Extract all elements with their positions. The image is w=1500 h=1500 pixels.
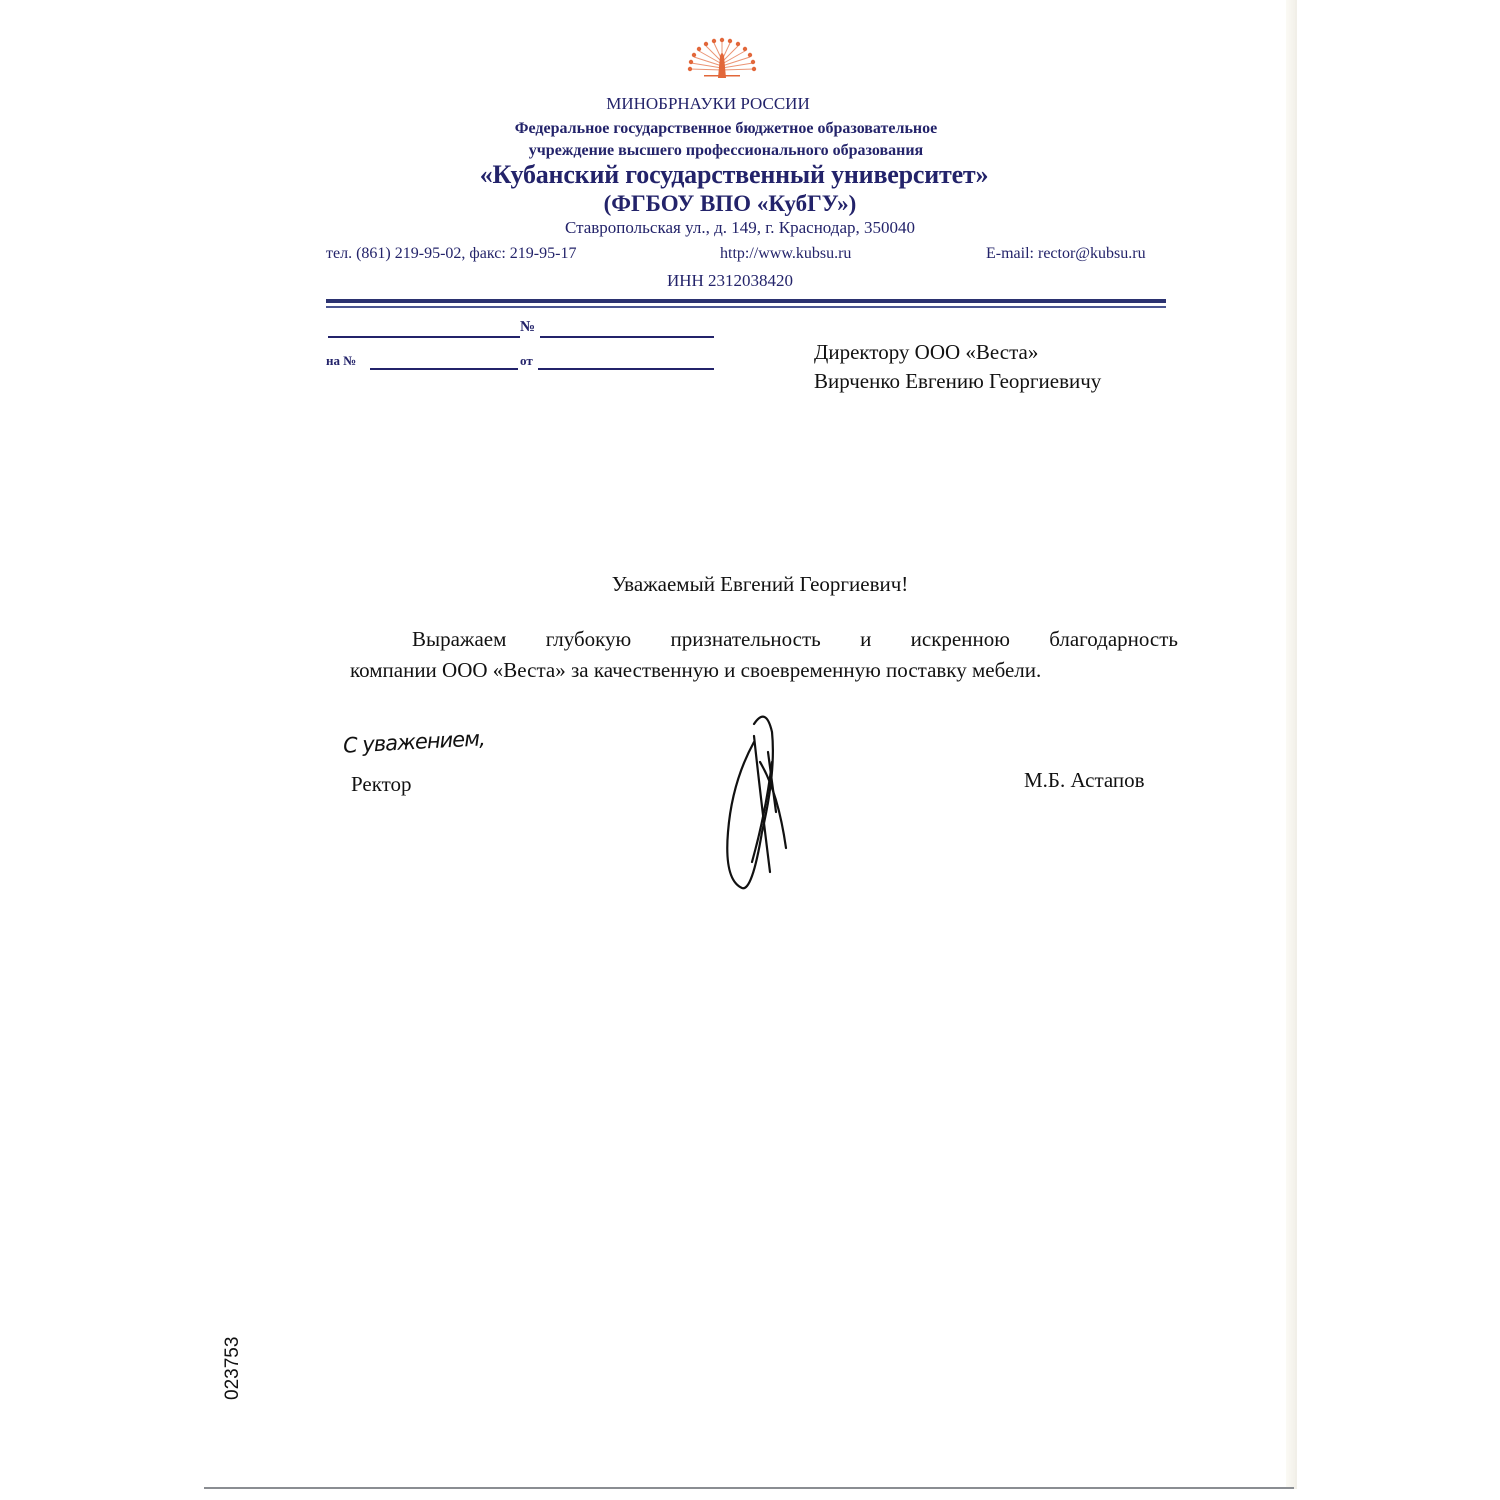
from-label: от (520, 353, 533, 369)
letter-body-line-2: компании ООО «Веста» за качественную и с… (350, 655, 1178, 686)
website-link[interactable]: http://www.kubsu.ru (720, 245, 851, 263)
header-divider-thin (326, 306, 1166, 308)
university-logo-icon (680, 34, 764, 78)
number-field-line (540, 336, 714, 338)
from-date-field-line (538, 368, 714, 370)
postal-address: Ставропольская ул., д. 149, г. Краснодар… (460, 218, 1020, 238)
letter-body-line-1: Выражаем глубокую признательность и искр… (350, 624, 1178, 655)
header-divider-thick (326, 299, 1166, 303)
addressee-title: Директору ООО «Веста» (814, 340, 1038, 365)
organization-type-line-1: Федеральное государственное бюджетное об… (426, 120, 1026, 138)
ref-number-field-line (370, 368, 518, 370)
university-abbreviation: (ФГБОУ ВПО «КубГУ») (520, 191, 940, 217)
signatory-name: М.Б. Астапов (1024, 768, 1145, 793)
number-label: № (520, 319, 535, 336)
salutation: Уважаемый Евгений Георгиевич! (340, 572, 1180, 597)
email-link[interactable]: E-mail: rector@kubsu.ru (986, 245, 1146, 263)
ref-number-label: на № (326, 353, 356, 369)
phone-fax: тел. (861) 219-95-02, факс: 219-95-17 (326, 245, 576, 263)
addressee-name: Вирченко Евгению Георгиевичу (814, 369, 1101, 394)
date-field-line (328, 336, 520, 338)
ministry-name: МИНОБРНАУКИ РОССИИ (458, 94, 958, 114)
signatory-position: Ректор (351, 772, 412, 797)
organization-type-line-2: учреждение высшего профессионального обр… (426, 142, 1026, 160)
handwritten-signature-icon (716, 712, 796, 900)
form-serial-number: 023753 (222, 1337, 244, 1400)
tax-id: ИНН 2312038420 (560, 271, 900, 291)
page-edge (1286, 0, 1295, 1487)
university-name: «Кубанский государственный университет» (384, 160, 1084, 190)
